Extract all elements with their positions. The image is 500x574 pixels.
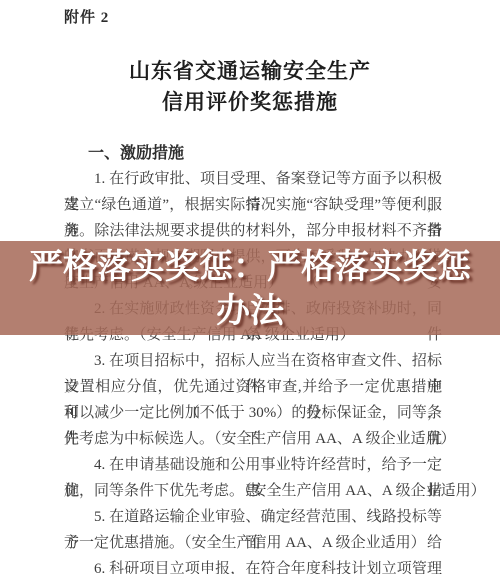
caption-text: 严格落实奖惩：严格落实奖惩 办法 — [0, 245, 500, 333]
attachment-label: 附件 2 — [64, 6, 109, 27]
document-line: 予一定优惠措施。（安全生产信用 AA、A 级企业适用） — [64, 530, 442, 556]
title-line-2: 信用评价奖惩措施 — [0, 87, 500, 118]
page-container: 附件 2 山东省交通运输安全生产 信用评价奖惩措施 一、激励措施 1. 在行政审… — [0, 0, 500, 574]
caption-line-2: 办法 — [0, 289, 500, 333]
section-heading: 一、激励措施 — [88, 140, 184, 163]
document-line: 施，同等条件下优先考虑。（安全生产信用 AA、A 级企业适用） — [64, 478, 442, 504]
title-line-1: 山东省交通运输安全生产 — [0, 56, 500, 87]
document-line: 6. 科研项目立项申报，在符合年度科技计划立项管理程序要 — [64, 556, 442, 574]
document-line: 设置相应分值，优先通过资格审查,并给予一定优惠措施和加分， — [64, 374, 442, 400]
document-line: 可以减少一定比例（不低于 30%）的投标保证金，同等条件下优 — [64, 400, 442, 426]
document-line: 5. 在道路运输企业审验、确定经营范围、线路投标等方面给 — [64, 504, 442, 530]
document-body: 1. 在行政审批、项目受理、备案登记等方面予以积极支持，建立“绿色通道”，根据实… — [64, 166, 442, 574]
document-line: 4. 在申请基础设施和公用事业特许经营时，给予一定优惠措 — [64, 452, 442, 478]
document-line: 建立“绿色通道”，根据实际情况实施“容缺受理”等便利服务措 — [64, 192, 442, 218]
document-line: 先考虑为中标候选人。（安全生产信用 AA、A 级企业适用） — [64, 426, 442, 452]
document-title: 山东省交通运输安全生产 信用评价奖惩措施 — [0, 56, 500, 118]
caption-line-1: 严格落实奖惩：严格落实奖惩 — [0, 245, 500, 289]
document-line: 1. 在行政审批、项目受理、备案登记等方面予以积极支持， — [64, 166, 442, 192]
document-line: 3. 在项目招标中，招标人应当在资格审查文件、招标文件中 — [64, 348, 442, 374]
